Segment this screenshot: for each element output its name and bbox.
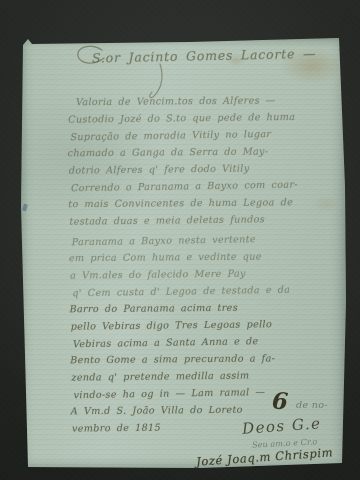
letter-line: testada duas e meia deletas fundos xyxy=(69,210,341,230)
letter-paper: S.or Jacinto Gomes Lacorte — Valoria de … xyxy=(20,36,348,470)
addressee-line: S.or Jacinto Gomes Lacorte — xyxy=(92,45,332,65)
day-suffix: de no- xyxy=(296,400,328,411)
day-numeral: 6 xyxy=(271,387,289,415)
letter-body: Valoria de Vencim.tos dos Alferes — Cust… xyxy=(68,91,344,437)
blue-edge-mark xyxy=(22,204,28,212)
